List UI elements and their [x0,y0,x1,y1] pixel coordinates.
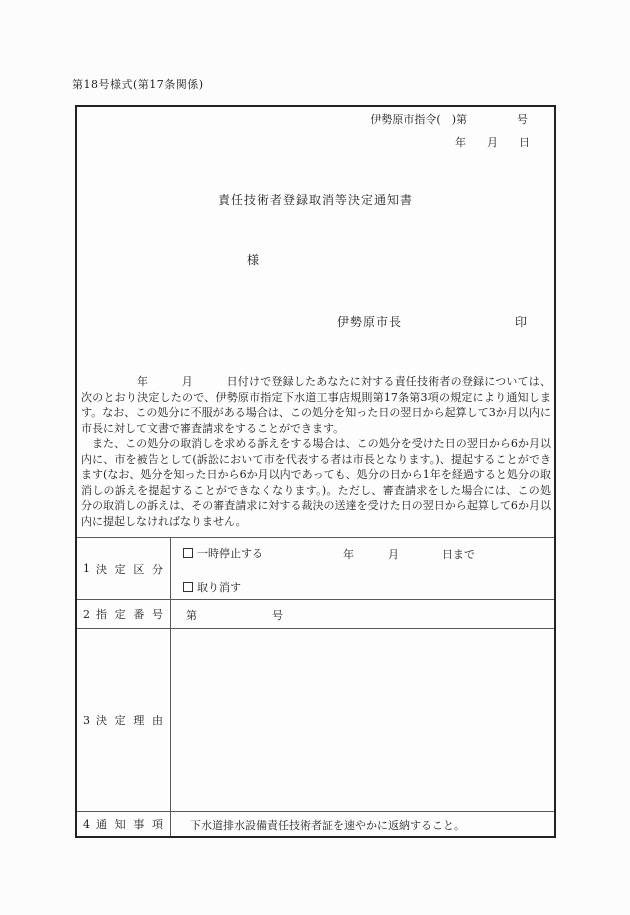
table-row-decision-category: 1 決 定 区 分 一時停止する 年 月 日まで 取り消す [77,537,554,599]
directive-number-line: 伊勢原市指令( )第 号 [370,111,528,127]
row-number: 4 [83,818,96,831]
document-title: 責任技術者登録取消等決定通知書 [77,191,554,208]
seal-mark: 印 [515,313,528,330]
option-suspend-line: 一時停止する 年 月 日まで [183,546,554,560]
directive-prefix: 伊勢原市指令( )第 [370,111,467,127]
suspend-until-day-label: 日まで [442,546,475,562]
row-label-notice-items: 4 通 知 事 項 [77,812,171,836]
table-row-designation-number: 2 指 定 番 号 第 号 [77,599,554,628]
row-label-decision-category: 1 決 定 区 分 [77,538,171,599]
row-content-decision-category: 一時停止する 年 月 日まで 取り消す [171,538,554,599]
row-content-designation-number: 第 号 [171,600,554,628]
decision-table: 1 決 定 区 分 一時停止する 年 月 日まで 取り消す [77,537,554,836]
document-page: 第18号様式(第17条関係) 伊勢原市指令( )第 号 年 月 日 責任技術者登… [0,0,630,915]
body-text: 年 月 日付けで登録したあなたに対する責任技術者の登録については、次のとおり決定… [81,374,551,529]
body-paragraph-1: 年 月 日付けで登録したあなたに対する責任技術者の登録については、次のとおり決定… [81,374,551,436]
addressee-honorific: 様 [247,251,259,268]
issuer-name: 伊勢原市長 [337,313,402,330]
row-label-text: 指 定 番 号 [96,606,163,622]
directive-suffix: 号 [517,111,528,127]
row-content-decision-reason [171,629,554,811]
row-label-designation-number: 2 指 定 番 号 [77,600,171,628]
date-day-label: 日 [519,134,530,150]
option-cancel-line: 取り消す [183,580,554,594]
row-label-text: 通 知 事 項 [96,816,163,832]
row-label-text: 決 定 区 分 [96,561,163,577]
suspend-until-year-label: 年 [343,546,354,562]
body-paragraph-2: また、この処分の取消しを求める訴えをする場合は、この処分を受けた日の翌日から6か… [81,436,551,529]
option-suspend-label: 一時停止する [197,545,263,561]
row-label-decision-reason: 3 決 定 理 由 [77,629,171,811]
date-year-label: 年 [455,134,466,150]
notice-form-border: 伊勢原市指令( )第 号 年 月 日 責任技術者登録取消等決定通知書 様 伊勢原… [75,105,556,838]
issuer-line: 伊勢原市長 印 [337,313,528,330]
row-number: 2 [83,608,96,621]
row-number: 3 [83,714,96,727]
designation-number-suffix: 号 [272,607,283,623]
row-label-text: 決 定 理 由 [96,712,163,728]
date-month-label: 月 [487,134,498,150]
form-number-caption: 第18号様式(第17条関係) [72,76,204,92]
checkbox-suspend-icon [183,548,193,558]
designation-number-prefix: 第 [186,609,197,622]
row-content-notice-items: 下水道排水設備責任技術者証を速やかに返納すること。 [171,812,554,836]
checkbox-cancel-icon [183,582,193,592]
row-number: 1 [83,562,96,575]
table-row-notice-items: 4 通 知 事 項 下水道排水設備責任技術者証を速やかに返納すること。 [77,811,554,836]
issue-date-line: 年 月 日 [455,134,530,150]
option-cancel-label: 取り消す [197,579,241,595]
table-row-decision-reason: 3 決 定 理 由 [77,628,554,811]
suspend-until-month-label: 月 [388,546,399,562]
